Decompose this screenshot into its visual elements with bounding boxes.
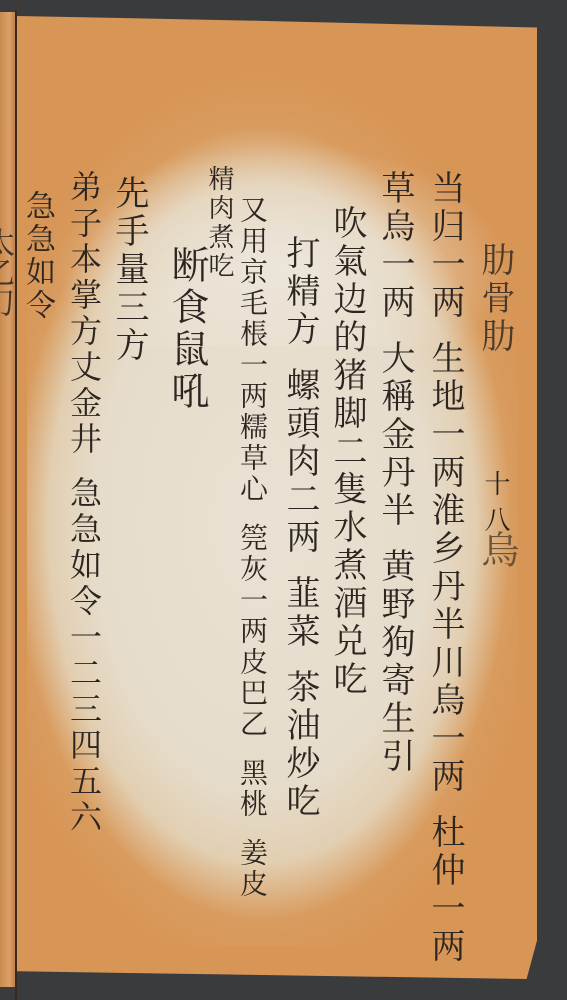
text-column-9: 弟子本掌方丈金井急急如令一二三四五六 <box>68 170 100 836</box>
col-1-seg-5: 杜仲一两 <box>425 814 465 966</box>
col-5-seg-3: 筦灰一两 <box>236 523 269 647</box>
col-3-seg-2: 水煮酒兑吃 <box>327 509 367 699</box>
col-1-seg-3: 淮乡丹半 <box>425 492 465 644</box>
adjacent-left-page: 太乙刀 <box>0 12 16 987</box>
text-column-6: 精肉煮吃 <box>206 165 232 281</box>
text-column-8: 先手量三方 <box>112 175 146 365</box>
text-column-1: 当归一两生地一两淮乡丹半川烏一两杜仲一两 <box>428 170 462 966</box>
text-column-3: 吹氣边的猪脚二隻水煮酒兑吃 <box>330 205 364 699</box>
text-column-4: 打精方螺頭肉二两韮菜茶油炒吃 <box>283 235 317 821</box>
col-5-seg-5: 黑桃 <box>236 758 269 820</box>
col-1-seg-2: 生地一两 <box>425 340 465 492</box>
text-column-2: 草烏一两大稱金丹半黄野狗寄生引 <box>378 170 412 776</box>
text-column-5: 又用京毛棖一两糯草心筦灰一两皮巴乙黑桃姜皮 <box>238 195 266 900</box>
col-2-seg-2: 大稱金丹半 <box>375 340 415 530</box>
col-4-seg-1: 打精方 <box>280 235 320 349</box>
col-7-seg-1: 断食鼠吼 <box>165 245 209 413</box>
col-4-seg-2: 螺頭肉二两 <box>280 367 320 557</box>
col-10-seg-1: 急急如令 <box>20 190 55 322</box>
col-9-seg-2: 急急如令 <box>65 476 103 620</box>
col-1-seg-4: 川烏一两 <box>425 644 465 796</box>
col-3-seg-1: 吹氣边的猪脚二隻 <box>327 205 367 509</box>
col-4-seg-3: 韮菜 <box>280 575 320 651</box>
col-8-seg-1: 先手量三方 <box>109 175 149 365</box>
text-column-7: 断食鼠吼 <box>168 245 206 413</box>
text-column-10: 急急如令 <box>22 190 52 322</box>
col-5-seg-4: 皮巴乙 <box>236 647 269 740</box>
col-1-seg-1: 当归一两 <box>425 170 465 322</box>
col-4-seg-4: 茶油炒吃 <box>280 669 320 821</box>
binding-spine <box>15 10 17 1000</box>
margin-title: 肋骨肋 <box>478 242 512 356</box>
left-page-text-fragment: 太乙刀 <box>0 227 16 317</box>
col-5-seg-2: 糯草心 <box>236 412 269 505</box>
col-9-seg-1: 弟子本掌方丈金井 <box>65 170 103 458</box>
margin-label: 烏 <box>478 530 516 572</box>
col-9-seg-3: 一二三四五六 <box>65 620 103 836</box>
col-5-seg-1: 又用京毛棖一两 <box>236 195 269 412</box>
col-2-seg-1: 草烏一两 <box>375 170 415 322</box>
col-5-seg-6: 姜皮 <box>236 838 269 900</box>
col-2-seg-3: 黄野狗寄生引 <box>375 548 415 776</box>
